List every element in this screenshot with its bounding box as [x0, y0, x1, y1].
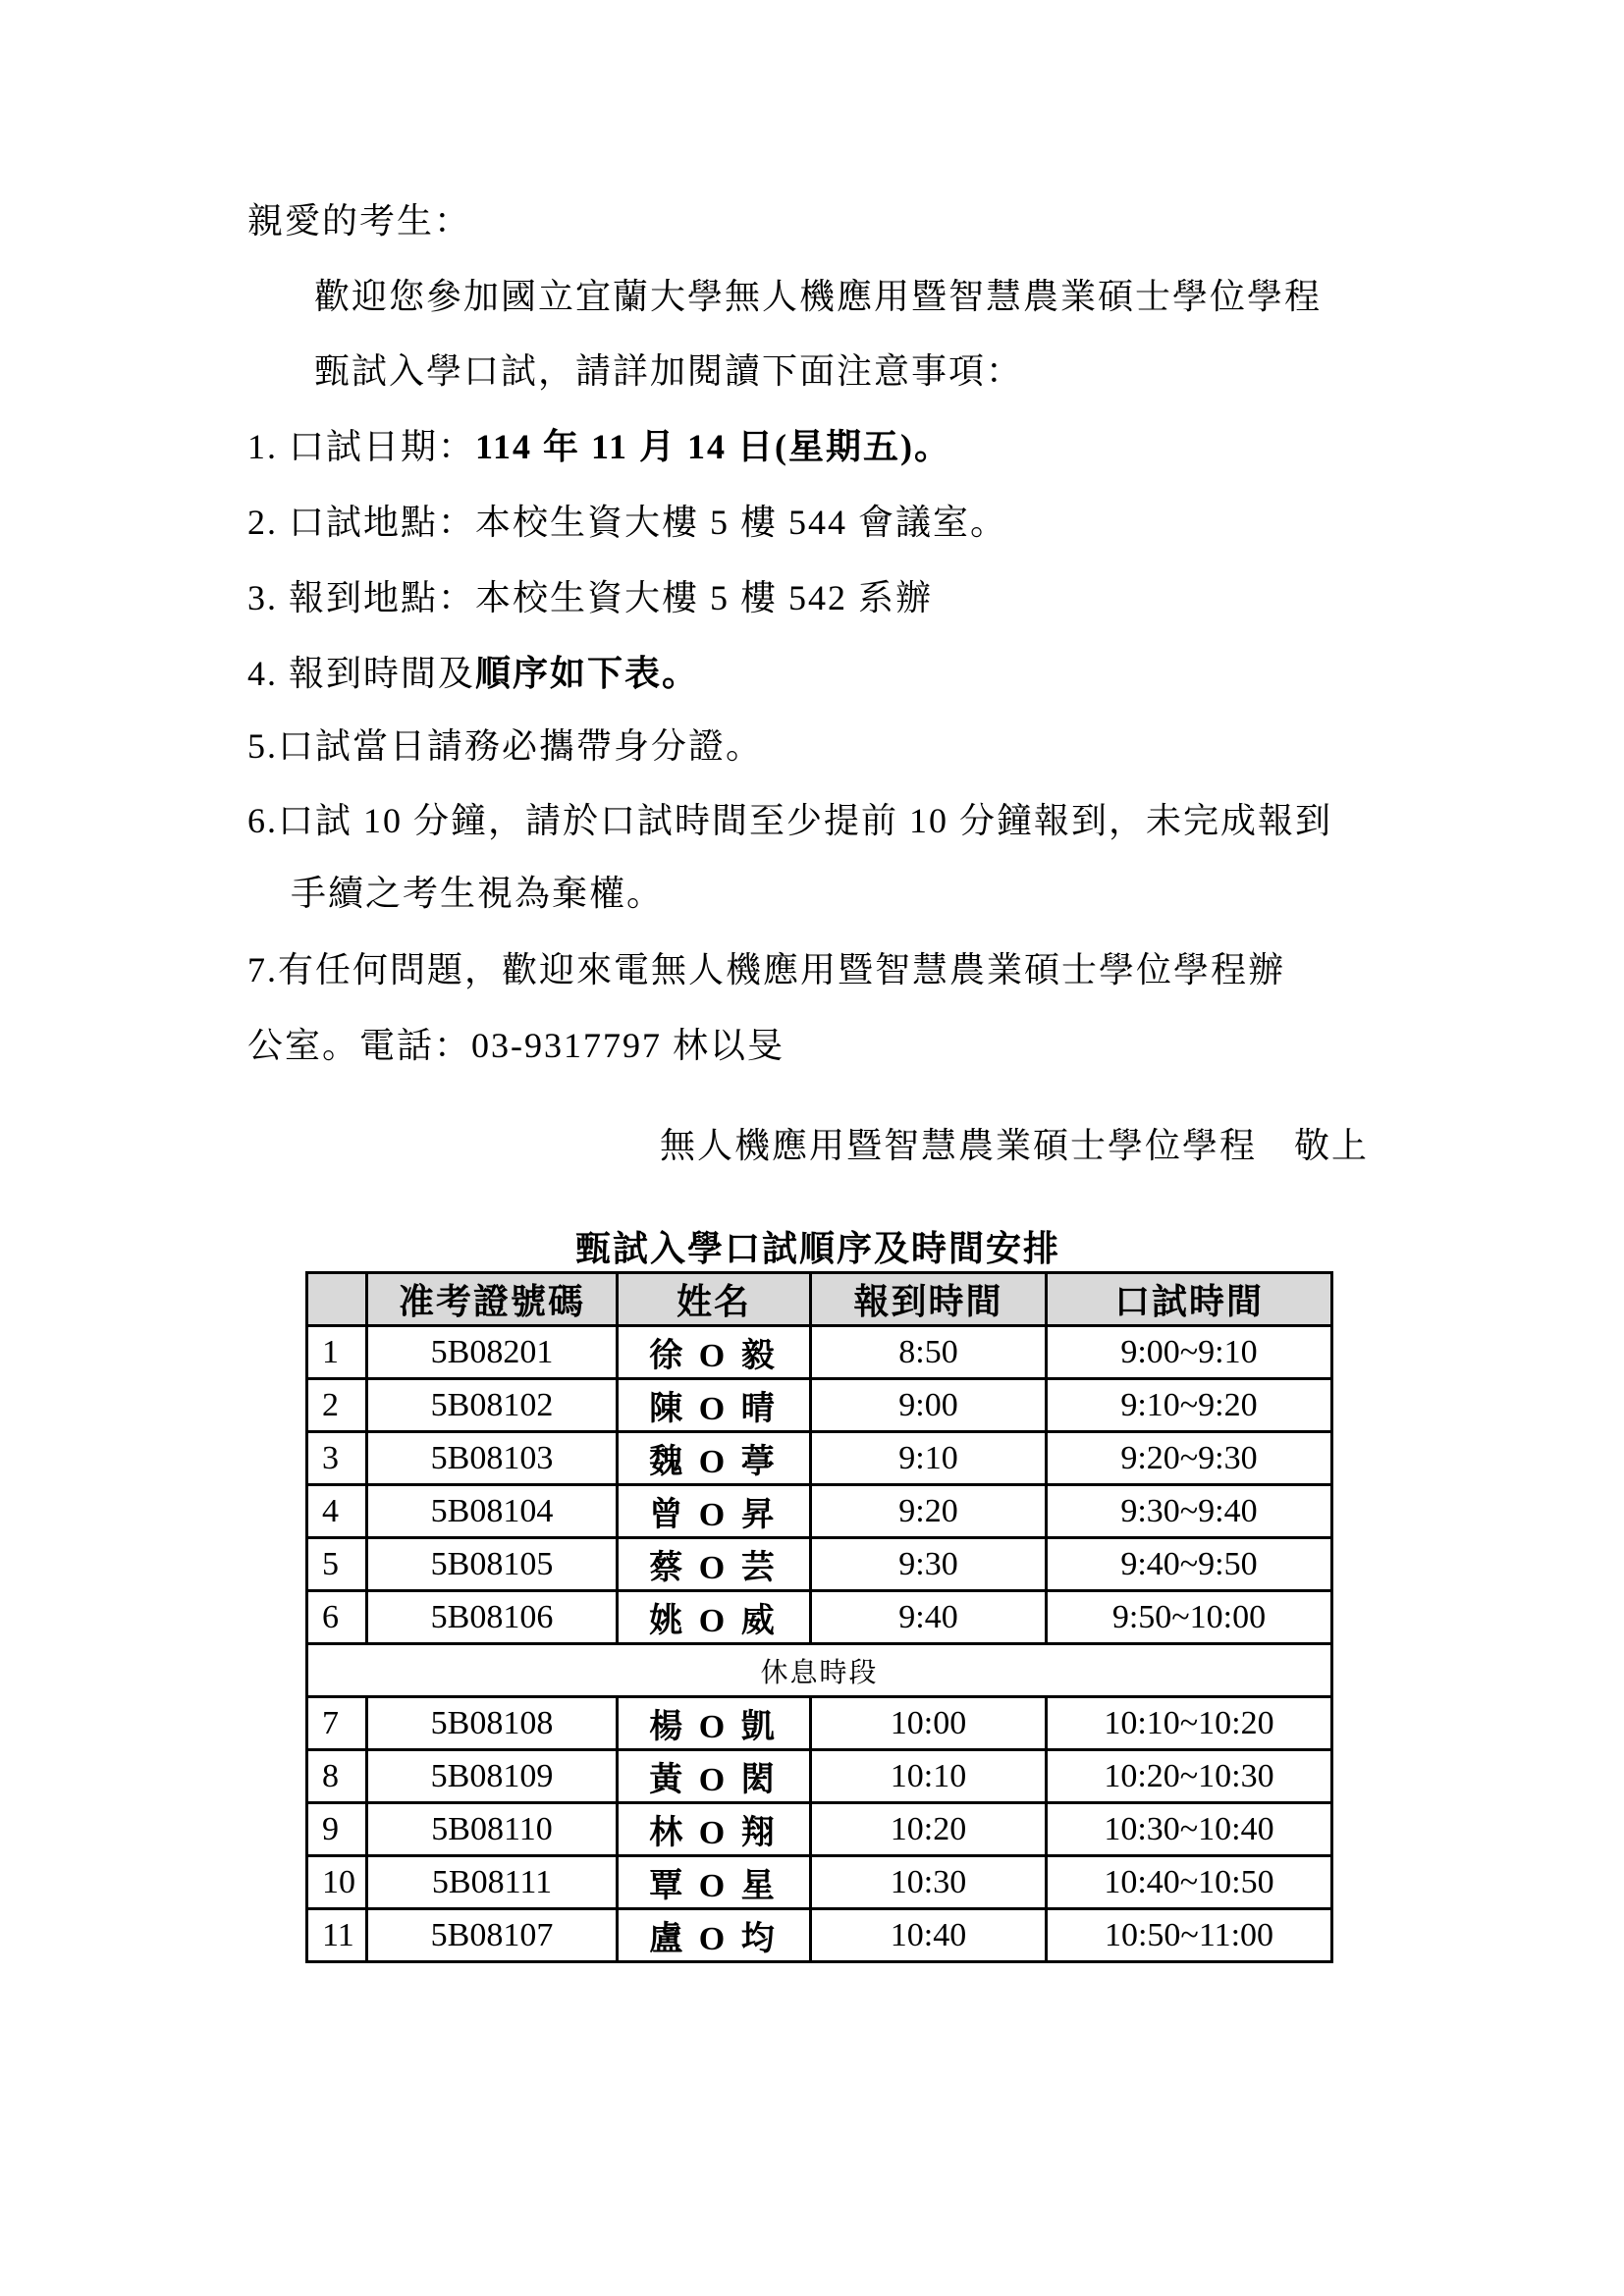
ticket-number: 5B08104 — [367, 1485, 618, 1538]
candidate-name: 黃 O 閎 — [618, 1750, 811, 1803]
candidate-name: 盧 O 均 — [618, 1909, 811, 1962]
checkin-location: 3. 報到地點：本校生資大樓 5 樓 542 系辦 — [247, 578, 933, 617]
table-row: 10 5B08111 覃 O 星 10:30 10:40~10:50 — [307, 1856, 1332, 1909]
ticket-number: 5B08110 — [367, 1803, 618, 1856]
row-number: 9 — [307, 1803, 367, 1856]
table-row: 5 5B08105 蔡 O 芸 9:30 9:40~9:50 — [307, 1538, 1332, 1591]
checkin-time: 10:00 — [811, 1697, 1047, 1750]
notice-item-2: 2. 口試地點：本校生資大樓 5 樓 544 會議室。 — [247, 501, 1007, 544]
exam-time: 10:40~10:50 — [1047, 1856, 1332, 1909]
notice-item-1-label: 1. 口試日期： — [247, 427, 475, 466]
row-number: 5 — [307, 1538, 367, 1591]
ticket-number: 5B08103 — [367, 1432, 618, 1485]
row-number: 2 — [307, 1379, 367, 1432]
exam-time: 10:30~10:40 — [1047, 1803, 1332, 1856]
exam-time: 9:40~9:50 — [1047, 1538, 1332, 1591]
row-number: 8 — [307, 1750, 367, 1803]
row-number: 10 — [307, 1856, 367, 1909]
candidate-name: 蔡 O 芸 — [618, 1538, 811, 1591]
salutation: 親愛的考生： — [247, 199, 471, 242]
table-header-row: 准考證號碼 姓名 報到時間 口試時間 — [307, 1273, 1332, 1326]
header-name: 姓名 — [618, 1273, 811, 1326]
row-number: 11 — [307, 1909, 367, 1962]
checkin-time: 10:40 — [811, 1909, 1047, 1962]
ticket-number: 5B08109 — [367, 1750, 618, 1803]
candidate-name: 楊 O 凱 — [618, 1697, 811, 1750]
candidate-name: 姚 O 威 — [618, 1591, 811, 1644]
ticket-number: 5B08106 — [367, 1591, 618, 1644]
header-ticket-number: 准考證號碼 — [367, 1273, 618, 1326]
break-label: 休息時段 — [307, 1644, 1332, 1697]
schedule-title: 甄試入學口試順序及時間安排 — [305, 1227, 1330, 1270]
checkin-time: 10:30 — [811, 1856, 1047, 1909]
exam-time: 10:50~11:00 — [1047, 1909, 1332, 1962]
header-index — [307, 1273, 367, 1326]
candidate-name: 陳 O 晴 — [618, 1379, 811, 1432]
table-row: 2 5B08102 陳 O 晴 9:00 9:10~9:20 — [307, 1379, 1332, 1432]
notice-item-4-bold: 順序如下表。 — [475, 654, 699, 693]
checkin-time: 9:40 — [811, 1591, 1047, 1644]
table-row: 9 5B08110 林 O 翔 10:20 10:30~10:40 — [307, 1803, 1332, 1856]
table-row: 6 5B08106 姚 O 威 9:40 9:50~10:00 — [307, 1591, 1332, 1644]
id-reminder: 5.口試當日請務必攜帶身分證。 — [247, 726, 763, 766]
exam-time: 9:10~9:20 — [1047, 1379, 1332, 1432]
exam-time: 9:50~10:00 — [1047, 1591, 1332, 1644]
break-row: 休息時段 — [307, 1644, 1332, 1697]
candidate-name: 林 O 翔 — [618, 1803, 811, 1856]
notice-item-5: 5.口試當日請務必攜帶身分證。 — [247, 724, 763, 768]
checkin-rule-cont: 手續之考生視為棄權。 — [291, 874, 664, 913]
notice-item-3: 3. 報到地點：本校生資大樓 5 樓 542 系辦 — [247, 576, 933, 619]
checkin-time: 10:10 — [811, 1750, 1047, 1803]
candidate-name: 魏 O 葶 — [618, 1432, 811, 1485]
table-row: 8 5B08109 黃 O 閎 10:10 10:20~10:30 — [307, 1750, 1332, 1803]
checkin-time: 9:00 — [811, 1379, 1047, 1432]
exam-time: 9:30~9:40 — [1047, 1485, 1332, 1538]
notice-item-6: 6.口試 10 分鐘，請於口試時間至少提前 10 分鐘報到，未完成報到 — [247, 799, 1332, 842]
intro-line-1: 歡迎您參加國立宜蘭大學無人機應用暨智慧農業碩士學位學程 — [314, 275, 1322, 318]
checkin-time: 9:30 — [811, 1538, 1047, 1591]
ticket-number: 5B08105 — [367, 1538, 618, 1591]
notice-item-7: 7.有任何問題，歡迎來電無人機應用暨智慧農業碩士學位學程辦 — [247, 948, 1285, 991]
exam-time: 10:20~10:30 — [1047, 1750, 1332, 1803]
checkin-time: 9:20 — [811, 1485, 1047, 1538]
exam-time: 9:00~9:10 — [1047, 1326, 1332, 1379]
row-number: 7 — [307, 1697, 367, 1750]
exam-date: 114 年 11 月 14 日(星期五)。 — [475, 427, 951, 466]
row-number: 6 — [307, 1591, 367, 1644]
table-row: 4 5B08104 曾 O 昇 9:20 9:30~9:40 — [307, 1485, 1332, 1538]
notice-item-4-label: 4. 報到時間及 — [247, 654, 475, 693]
checkin-rule: 6.口試 10 分鐘，請於口試時間至少提前 10 分鐘報到，未完成報到 — [247, 801, 1332, 840]
checkin-time: 10:20 — [811, 1803, 1047, 1856]
exam-location: 2. 口試地點：本校生資大樓 5 樓 544 會議室。 — [247, 503, 1007, 542]
ticket-number: 5B08107 — [367, 1909, 618, 1962]
notice-item-4: 4. 報到時間及順序如下表。 — [247, 652, 699, 695]
candidate-name: 徐 O 毅 — [618, 1326, 811, 1379]
contact-phone: 公室。電話：03-9317797 林以旻 — [247, 1026, 785, 1065]
row-number: 1 — [307, 1326, 367, 1379]
header-exam-time: 口試時間 — [1047, 1273, 1332, 1326]
row-number: 4 — [307, 1485, 367, 1538]
ticket-number: 5B08102 — [367, 1379, 618, 1432]
exam-time: 9:20~9:30 — [1047, 1432, 1332, 1485]
schedule-table: 准考證號碼 姓名 報到時間 口試時間 1 5B08201 徐 O 毅 8:50 … — [305, 1271, 1333, 1963]
checkin-time: 8:50 — [811, 1326, 1047, 1379]
table-row: 11 5B08107 盧 O 均 10:40 10:50~11:00 — [307, 1909, 1332, 1962]
candidate-name: 覃 O 星 — [618, 1856, 811, 1909]
row-number: 3 — [307, 1432, 367, 1485]
notice-item-7-cont: 公室。電話：03-9317797 林以旻 — [247, 1024, 785, 1067]
candidate-name: 曾 O 昇 — [618, 1485, 811, 1538]
notice-item-1: 1. 口試日期：114 年 11 月 14 日(星期五)。 — [247, 425, 951, 468]
signature: 無人機應用暨智慧農業碩士學位學程 敬上 — [660, 1124, 1369, 1167]
checkin-time: 9:10 — [811, 1432, 1047, 1485]
contact-info: 7.有任何問題，歡迎來電無人機應用暨智慧農業碩士學位學程辦 — [247, 950, 1285, 989]
table-row: 3 5B08103 魏 O 葶 9:10 9:20~9:30 — [307, 1432, 1332, 1485]
exam-time: 10:10~10:20 — [1047, 1697, 1332, 1750]
ticket-number: 5B08108 — [367, 1697, 618, 1750]
notice-item-6-cont: 手續之考生視為棄權。 — [291, 872, 664, 915]
table-row: 1 5B08201 徐 O 毅 8:50 9:00~9:10 — [307, 1326, 1332, 1379]
header-checkin-time: 報到時間 — [811, 1273, 1047, 1326]
intro-line-2: 甄試入學口試，請詳加閱讀下面注意事項： — [314, 349, 1023, 393]
table-row: 7 5B08108 楊 O 凱 10:00 10:10~10:20 — [307, 1697, 1332, 1750]
ticket-number: 5B08201 — [367, 1326, 618, 1379]
ticket-number: 5B08111 — [367, 1856, 618, 1909]
